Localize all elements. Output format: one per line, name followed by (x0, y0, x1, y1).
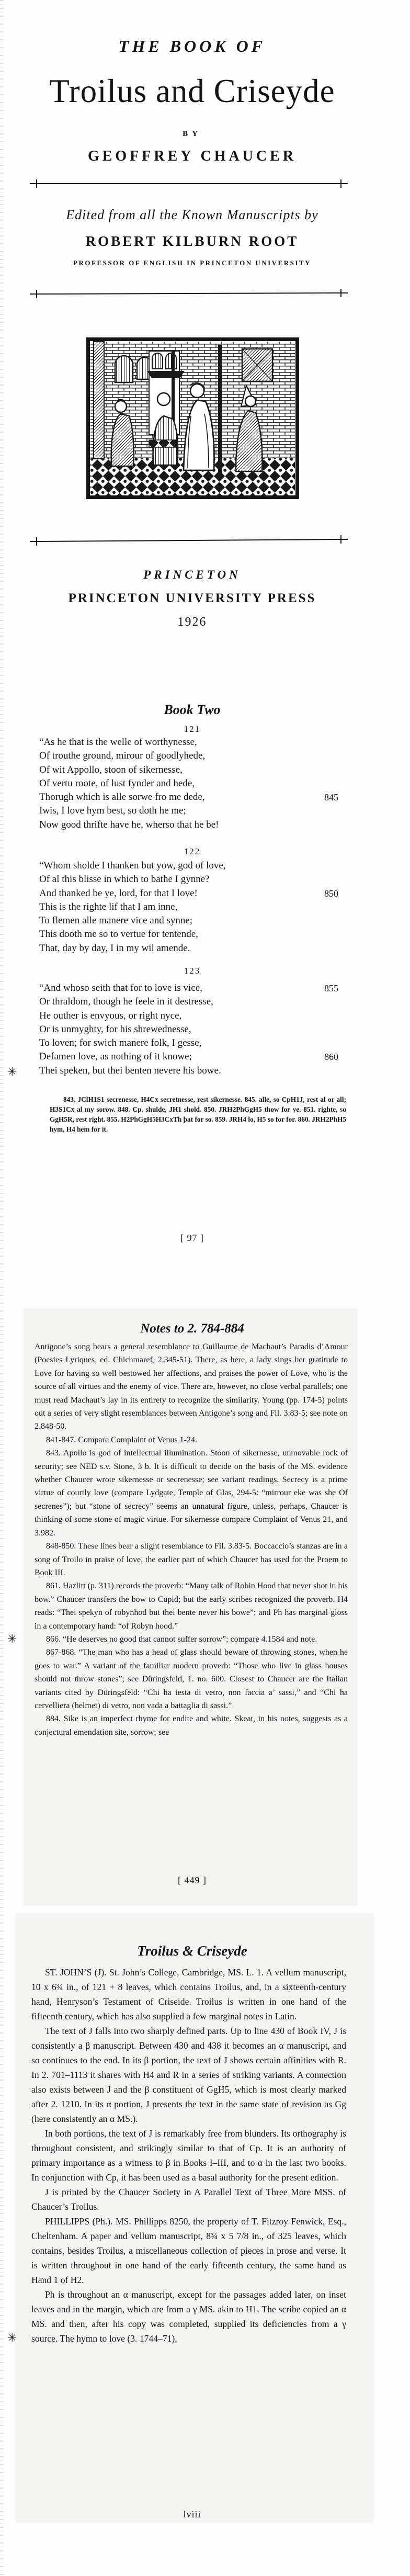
verse-line-text: Thorugh which is alle sorwe fro me dede, (39, 792, 205, 803)
verse-line-text: Of wit Appollo, stoon of sikernesse, (39, 764, 183, 775)
ms-paragraph: In both portions, the text of J is remar… (31, 2126, 346, 2185)
verse-line-text: Thei speken, but thei benten nevere his … (39, 1065, 221, 1076)
stanza-121: “As he that is the welle of worthynesse,… (39, 736, 353, 832)
stanza-number-122: 122 (3, 846, 382, 857)
verse-line-text: He outher is envyous, or right nyce, (39, 1010, 181, 1021)
woodcut-illustration (86, 337, 299, 499)
line-number-850: 850 (324, 887, 338, 900)
verse-line-text: Now good thrifte have he, wherso that he… (39, 819, 219, 830)
verse-line-text: Iwis, I love hym best, so doth he me; (39, 805, 186, 816)
verse-line-text: Of al this blisse in which to bathe I gy… (39, 874, 210, 885)
margin-star-icon: ✳ (7, 1633, 17, 1645)
verse-line: That, day by day, I in my wil amende. (39, 942, 353, 955)
page-number-lviii: lviii (3, 2509, 382, 2520)
line-number-860: 860 (324, 1050, 338, 1064)
publisher-name: PRINCETON UNIVERSITY PRESS (3, 591, 382, 606)
publication-year: 1926 (3, 615, 382, 629)
verse-line-text: “And whoso seith that for to love is vic… (39, 982, 202, 993)
verse-line: And thanked be ye, lord, for that I love… (39, 887, 353, 900)
woodcut-medieval-scene-image (86, 337, 299, 499)
note-paragraph: 867-868. “The man who has a head of glas… (35, 1646, 348, 1712)
manuscripts-heading: Troilus & Criseyde (3, 1943, 382, 1959)
verse-line-text: “As he that is the welle of worthynesse, (39, 737, 197, 748)
verse-line: Of wit Appollo, stoon of sikernesse, (39, 763, 353, 777)
verse-line-text: To loven; for swich manere folk, I gesse… (39, 1037, 202, 1048)
margin-star-icon: ✳ (7, 2332, 17, 2344)
editor-title: PROFESSOR OF ENGLISH IN PRINCETON UNIVER… (3, 259, 382, 267)
verse-line: He outher is envyous, or right nyce, (39, 1009, 353, 1023)
verse-line: “Whom sholde I thanken but yow, god of l… (39, 859, 353, 873)
verse-line: Now good thrifte have he, wherso that he… (39, 818, 353, 832)
series-title: THE BOOK OF (3, 37, 382, 56)
verse-line-text: That, day by day, I in my wil amende. (39, 943, 190, 954)
ms-paragraph: The text of J falls into two sharply def… (31, 2024, 346, 2126)
note-paragraph-861: 861. Hazlitt (p. 311) records the prover… (35, 1579, 348, 1633)
notes-heading: Notes to 2. 784-884 (3, 1321, 382, 1336)
verse-line-text: Or thraldom, though he feele in it destr… (39, 996, 213, 1007)
verse-line: Defamen love, as nothing of it knowe;860 (39, 1050, 353, 1064)
verse-line-text: This dooth me so to vertue for tentende, (39, 929, 198, 940)
imprint-city: PRINCETON (3, 568, 382, 582)
verse-line-text: Of vertu roote, of lust fynder and hede, (39, 778, 195, 789)
verse-line: To loven; for swich manere folk, I gesse… (39, 1036, 353, 1050)
verse-line-text: This is the righte lif that I am inne, (39, 901, 177, 912)
line-number-845: 845 (324, 790, 338, 804)
verse-line-text: And thanked be ye, lord, for that I love… (39, 888, 198, 899)
ms-paragraph-phillipps: PHILLIPPS (Ph.). MS. Phillipps 8250, the… (31, 2214, 346, 2287)
verse-line-text: Defamen love, as nothing of it knowe; (39, 1051, 192, 1062)
verse-line: This is the righte lif that I am inne, (39, 900, 353, 914)
verse-line-text: Of trouthe ground, mirour of goodlyhede, (39, 750, 205, 761)
manuscripts-text: ST. JOHN’S (J). St. John’s College, Camb… (31, 1965, 346, 2346)
ornamental-rule-bottom (30, 539, 348, 542)
note-paragraph: Antigone’s song bears a general resembla… (35, 1340, 348, 1433)
editor-name: ROBERT KILBURN ROOT (3, 233, 382, 250)
line-number-855: 855 (324, 981, 338, 995)
notes-text: Antigone’s song bears a general resembla… (35, 1340, 348, 1739)
margin-star-icon: ✳ (7, 1066, 17, 1078)
verse-line: Iwis, I love hym best, so doth he me; (39, 804, 353, 818)
book-title: Troilus and Criseyde (3, 72, 382, 110)
stanza-122: “Whom sholde I thanken but yow, god of l… (39, 859, 353, 955)
verse-line-text: “Whom sholde I thanken but yow, god of l… (39, 860, 226, 871)
ms-paragraph: Ph is throughout an α manuscript, except… (31, 2287, 346, 2346)
stanza-number-123: 123 (3, 966, 382, 976)
stanza-number-121: 121 (3, 724, 382, 735)
ms-paragraph-st-johns: ST. JOHN’S (J). St. John’s College, Camb… (31, 1965, 346, 2024)
ornamental-rule-middle (30, 292, 348, 295)
note-paragraph: 841-847. Compare Complaint of Venus 1-24… (35, 1433, 348, 1447)
verse-line: “And whoso seith that for to love is vic… (39, 981, 353, 995)
verse-line: Of vertu roote, of lust fynder and hede, (39, 777, 353, 790)
verse-line: Of trouthe ground, mirour of goodlyhede, (39, 749, 353, 763)
verse-line: To flemen alle manere vice and synne; (39, 914, 353, 928)
note-paragraph: 884. Sike is an imperfect rhyme for endi… (35, 1712, 348, 1739)
page-number-449: [ 449 ] (3, 1875, 382, 1886)
verse-line-text: Or is unmyghty, for his shrewednesse, (39, 1024, 191, 1035)
note-paragraph: 866. “He deserves no good that cannot su… (35, 1633, 348, 1646)
ornamental-rule-top (30, 183, 348, 184)
critical-apparatus: 843. JClH1S1 secrenesse, H4Cx secretness… (50, 1094, 346, 1134)
verse-line: This dooth me so to vertue for tentende, (39, 928, 353, 941)
author-name: GEOFFREY CHAUCER (3, 148, 382, 165)
book-scan-sheet: THE BOOK OF Troilus and Criseyde BY GEOF… (0, 0, 410, 2576)
verse-line: “As he that is the welle of worthynesse, (39, 736, 353, 749)
verse-line: Of al this blisse in which to bathe I gy… (39, 873, 353, 886)
stanza-123: “And whoso seith that for to love is vic… (39, 981, 353, 1078)
by-label: BY (3, 130, 382, 139)
verse-line: Or thraldom, though he feele in it destr… (39, 995, 353, 1009)
verse-line: Or is unmyghty, for his shrewednesse, (39, 1023, 353, 1036)
verse-line: Thorugh which is alle sorwe fro me dede,… (39, 790, 353, 804)
verse-line: Thei speken, but thei benten nevere his … (39, 1064, 353, 1078)
verse-line-text: To flemen alle manere vice and synne; (39, 915, 192, 926)
note-paragraph: 848-850. These lines bear a slight resem… (35, 1540, 348, 1579)
edited-from-line: Edited from all the Known Manuscripts by (3, 207, 382, 223)
book-two-heading: Book Two (3, 702, 382, 718)
ms-paragraph: J is printed by the Chaucer Society in A… (31, 2185, 346, 2214)
page-number-97: [ 97 ] (3, 1233, 382, 1244)
note-paragraph: 843. Apollo is god of intellectual illum… (35, 1447, 348, 1540)
